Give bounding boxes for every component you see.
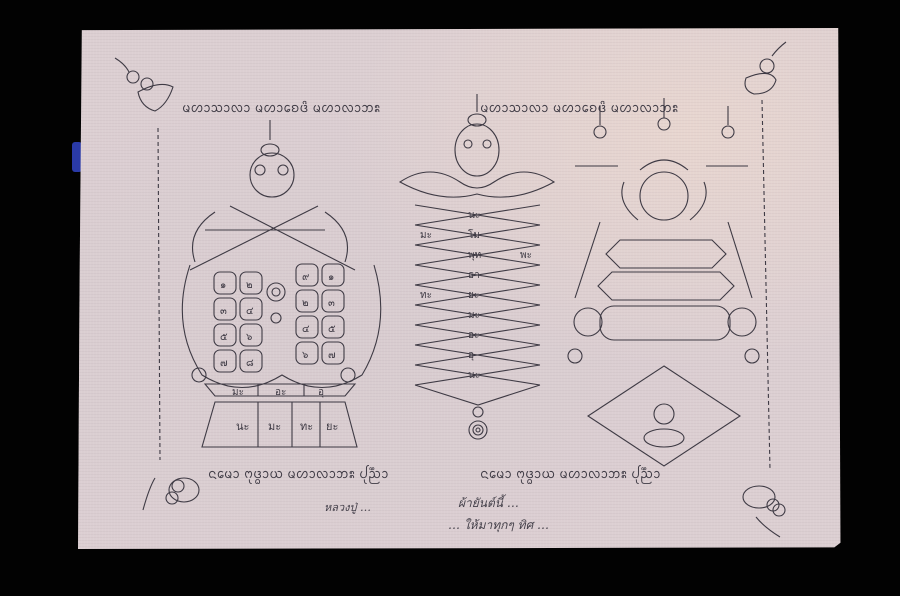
handwritten-caption-right-line1: ผ้ายันต์นี้ … (458, 494, 519, 513)
svg-text:ยะ: ยะ (326, 420, 338, 433)
svg-text:โม: โม (468, 228, 480, 241)
left-deity-turtle-yantra: ๑ ๒ ๓ ๔ ๕ ๖ ๗ ๘ ๙ ๑ ๒ ๓ ๔ ๕ ๖ ๗ มะ อะ อุ… (182, 120, 380, 447)
svg-text:นะ: นะ (468, 370, 480, 381)
handwritten-caption-left: หลวงปู่ … (324, 498, 371, 516)
monk-figure-bottom-right (743, 486, 785, 537)
svg-text:๗: ๗ (220, 358, 228, 369)
svg-text:๒: ๒ (246, 280, 253, 291)
svg-text:มะ: มะ (468, 310, 480, 321)
left-border-inscription (158, 128, 160, 460)
right-border-inscription (762, 100, 770, 470)
top-border-inscription: ᨾᩉᩣᩈᩣᩃᩣ ᨾᩉᩣᨧᩮᨴᩦ ᨾᩉᩣᩃᩣᨽᩡ (182, 100, 380, 116)
svg-text:อะ: อะ (468, 330, 479, 341)
svg-text:๑: ๑ (220, 280, 226, 291)
yantra-drawing: ᨾᩉᩣᩈᩣᩃᩣ ᨾᩉᩣᨧᩮᨴᩦ ᨾᩉᩣᩃᩣᨽᩡ ᨾᩉᩣᩈᩣᩃᩣ ᨾᩉᩣᨧᩮᨴᩦ … (0, 0, 900, 596)
svg-text:อุ: อุ (468, 350, 474, 361)
monk-figure-top-right (745, 42, 786, 94)
svg-text:๙: ๙ (302, 272, 309, 283)
svg-text:๓: ๓ (328, 298, 335, 309)
top-border-inscription-right: ᨾᩉᩣᩈᩣᩃᩣ ᨾᩉᩣᨧᩮᨴᩦ ᨾᩉᩣᩃᩣᨽᩡ (480, 100, 678, 116)
svg-text:๗: ๗ (328, 350, 336, 361)
svg-text:พุท: พุท (468, 250, 481, 261)
svg-text:๔: ๔ (302, 324, 310, 335)
svg-text:มะ: มะ (268, 420, 281, 433)
right-deity-diamond-yantra (574, 98, 756, 466)
svg-text:มะ: มะ (420, 230, 432, 241)
monk-figure-bottom-left (143, 478, 199, 510)
svg-text:๒: ๒ (302, 298, 309, 309)
monk-figure-top-left (115, 58, 173, 111)
svg-text:ทะ: ทะ (300, 420, 313, 433)
handwritten-caption-right-line2: … ให้มาทุกๆ ทิศ … (448, 516, 549, 535)
svg-text:พะ: พะ (520, 250, 532, 261)
svg-text:อุ: อุ (318, 387, 324, 398)
center-deity-lattice-yantra: นะ โม พุท ธา ยะ มะ อะ อุ นะ มะ พะ ทะ (400, 94, 554, 439)
svg-text:๖: ๖ (246, 332, 252, 343)
svg-text:๘: ๘ (246, 358, 254, 369)
svg-text:นะ: นะ (468, 210, 480, 221)
svg-text:ยะ: ยะ (468, 290, 479, 301)
svg-text:๖: ๖ (302, 350, 308, 361)
bottom-border-inscription: ᨶᨾᩮᩣ ᨻᩩᨴ᩠ᨵᩣᨿ ᨾᩉᩣᩃᩣᨽᩡ ᨸᩩᨬ᩠ᨬᩣ (208, 465, 389, 484)
svg-text:๔: ๔ (246, 306, 254, 317)
svg-text:ทะ: ทะ (420, 290, 432, 301)
svg-text:อะ: อะ (275, 387, 286, 398)
svg-text:๓: ๓ (220, 306, 227, 317)
svg-text:๕: ๕ (220, 332, 228, 343)
bottom-border-inscription-right: ᨶᨾᩮᩣ ᨻᩩᨴ᩠ᨵᩣᨿ ᨾᩉᩣᩃᩣᨽᩡ ᨸᩩᨬ᩠ᨬᩣ (480, 465, 661, 484)
svg-text:๕: ๕ (328, 324, 336, 335)
svg-text:ธา: ธา (468, 270, 480, 281)
svg-text:มะ: มะ (232, 387, 244, 398)
svg-text:นะ: นะ (236, 420, 249, 433)
svg-text:๑: ๑ (328, 272, 334, 283)
